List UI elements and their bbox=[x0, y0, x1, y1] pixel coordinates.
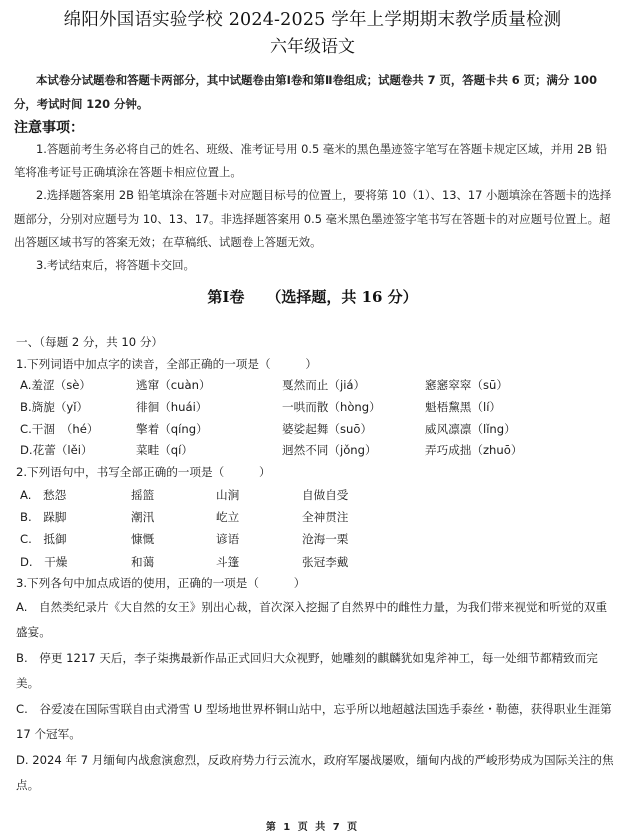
option-item: C. 抵御 bbox=[20, 528, 67, 550]
option-item: 斗篷 bbox=[216, 551, 239, 573]
question-3-stem: 3.下列各句中加点成语的使用，正确的一项是（ ） bbox=[16, 573, 616, 595]
question-3-option-a: A. 自然类纪录片《大自然的女王》别出心裁，首次深入挖掘了自然界中的雌性力量，为… bbox=[16, 595, 616, 646]
section-part-label: 第Ⅰ卷 bbox=[207, 288, 244, 306]
option-item: 和蔼 bbox=[131, 551, 154, 573]
option-item: 菜畦（qí） bbox=[136, 440, 193, 462]
exam-page: 绵阳外国语实验学校 2024-2025 学年上学期期末教学质量检测 六年级语文 … bbox=[0, 0, 625, 840]
question-2-option-b: B. 跺脚 潮汛 屹立 全神贯注 bbox=[16, 506, 616, 528]
option-item: 一哄而散（hòng） bbox=[282, 397, 381, 419]
exam-intro: 本试卷分试题卷和答题卡两部分，其中试题卷由第Ⅰ卷和第Ⅱ卷组成；试题卷共 7 页，… bbox=[14, 68, 612, 116]
question-3-option-c: C. 谷爱凌在国际雪联自由式滑雪 U 型场地世界杯铜山站中，忘乎所以地超越法国选… bbox=[16, 697, 616, 748]
exam-subtitle: 六年级语文 bbox=[0, 32, 625, 57]
option-item: 戛然而止（jiá） bbox=[282, 375, 365, 397]
part-heading: 一、（每题 2 分，共 10 分） bbox=[16, 332, 616, 354]
option-item: A.羞涩（sè） bbox=[20, 375, 91, 397]
option-item: 威风凛凛（lǐng） bbox=[425, 419, 516, 441]
question-1-option-c: C.干涸 （hé） 擎着（qíng） 婆娑起舞（suō） 威风凛凛（lǐng） bbox=[16, 419, 616, 441]
option-item: 慷慨 bbox=[131, 528, 154, 550]
question-1-stem: 1.下列词语中加点字的读音，全部正确的一项是（ ） bbox=[16, 354, 616, 376]
option-item: C.干涸 （hé） bbox=[20, 419, 98, 441]
exam-title: 绵阳外国语实验学校 2024-2025 学年上学期期末教学质量检测 bbox=[0, 6, 625, 31]
question-1-option-b: B.旖旎（yǐ） 徘徊（huái） 一哄而散（hòng） 魁梧黧黑（lí） bbox=[16, 397, 616, 419]
section-title: 第Ⅰ卷（选择题，共 16 分） bbox=[0, 286, 625, 307]
option-item: 弄巧成拙（zhuō） bbox=[425, 440, 522, 462]
option-item: 全神贯注 bbox=[302, 506, 348, 528]
option-item: 谚语 bbox=[216, 528, 239, 550]
option-item: 窸窸窣窣（sū） bbox=[425, 375, 508, 397]
question-2-option-a: A. 愁怨 摇篮 山涧 自做自受 bbox=[16, 484, 616, 506]
notice-list: 1.答题前考生务必将自己的姓名、班级、准考证号用 0.5 毫米的黑色墨迹签字笔写… bbox=[14, 138, 612, 277]
option-item: 屹立 bbox=[216, 506, 239, 528]
page-number: 第 1 页 共 7 页 bbox=[0, 818, 625, 833]
option-item: 婆娑起舞（suō） bbox=[282, 419, 372, 441]
option-item: 徘徊（huái） bbox=[136, 397, 207, 419]
questions-area: 一、（每题 2 分，共 10 分） 1.下列词语中加点字的读音，全部正确的一项是… bbox=[16, 332, 616, 799]
notice-item: 2.选择题答案用 2B 铅笔填涂在答题卡对应题目标号的位置上，要将第 10（1）… bbox=[14, 184, 612, 254]
option-item: 张冠李戴 bbox=[302, 551, 348, 573]
question-2-stem: 2.下列语句中，书写全部正确的一项是（ ） bbox=[16, 462, 616, 484]
option-item: D. 干燥 bbox=[20, 551, 67, 573]
option-item: 擎着（qíng） bbox=[136, 419, 208, 441]
question-3-option-b: B. 停更 1217 天后，李子柒携最新作品正式回归大众视野，她雕刻的麒麟犹如鬼… bbox=[16, 646, 616, 697]
question-3-option-d: D. 2024 年 7 月缅甸内战愈演愈烈，反政府势力行云流水，政府军屡战屡败，… bbox=[16, 748, 616, 799]
option-item: B.旖旎（yǐ） bbox=[20, 397, 88, 419]
section-description: （选择题，共 16 分） bbox=[266, 288, 417, 306]
option-item: 自做自受 bbox=[302, 484, 348, 506]
option-item: 迥然不同（jǒng） bbox=[282, 440, 377, 462]
option-item: 摇篮 bbox=[131, 484, 154, 506]
question-1-option-d: D.花蕾（lěi） 菜畦（qí） 迥然不同（jǒng） 弄巧成拙（zhuō） bbox=[16, 440, 616, 462]
notice-item: 1.答题前考生务必将自己的姓名、班级、准考证号用 0.5 毫米的黑色墨迹签字笔写… bbox=[14, 138, 612, 184]
option-item: 魁梧黧黑（lí） bbox=[425, 397, 501, 419]
option-item: 潮汛 bbox=[131, 506, 154, 528]
option-item: 山涧 bbox=[216, 484, 239, 506]
option-item: 沧海一栗 bbox=[302, 528, 348, 550]
option-item: B. 跺脚 bbox=[20, 506, 66, 528]
notice-heading: 注意事项： bbox=[14, 117, 84, 137]
option-item: A. 愁怨 bbox=[20, 484, 66, 506]
option-item: 逃窜（cuàn） bbox=[136, 375, 211, 397]
question-1-option-a: A.羞涩（sè） 逃窜（cuàn） 戛然而止（jiá） 窸窸窣窣（sū） bbox=[16, 375, 616, 397]
question-3-options: A. 自然类纪录片《大自然的女王》别出心裁，首次深入挖掘了自然界中的雌性力量，为… bbox=[16, 595, 616, 799]
question-2-option-d: D. 干燥 和蔼 斗篷 张冠李戴 bbox=[16, 551, 616, 573]
notice-item: 3.考试结束后，将答题卡交回。 bbox=[14, 254, 612, 277]
question-2-option-c: C. 抵御 慷慨 谚语 沧海一栗 bbox=[16, 528, 616, 550]
option-item: D.花蕾（lěi） bbox=[20, 440, 93, 462]
